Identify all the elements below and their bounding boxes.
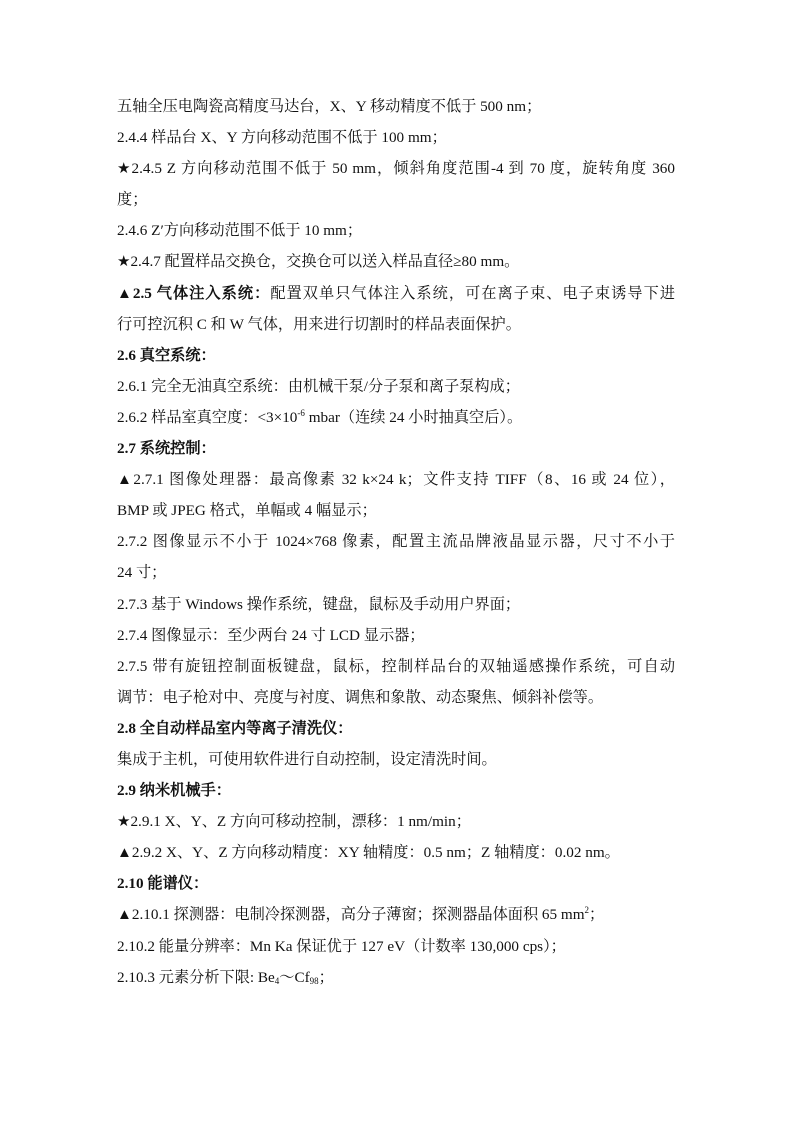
line-text: 2.6.1 完全无油真空系统：由机械干泵/分子泵和离子泵构成； <box>117 378 520 395</box>
line-text: 2.10.3 元素分析下限: Be <box>117 969 275 986</box>
line-text: 2.9.1 X、Y、Z 方向可移动控制，漂移：1 nm/min； <box>130 813 470 830</box>
line-text: 2.6.2 样品室真空度：<3×10 <box>117 409 297 426</box>
spec-line-2-4-5: ★2.4.5 Z 方向移动范围不低于 50 mm，倾斜角度范围-4 到 70 度… <box>117 153 675 184</box>
line-text: ～Cf <box>279 969 309 986</box>
spec-line-2-4-7: ★2.4.7 配置样品交换仓，交换仓可以送入样品直径≥80 mm。 <box>117 246 675 277</box>
subscript: 98 <box>310 976 319 986</box>
heading-text: 2.9 纳米机械手： <box>117 782 231 799</box>
spec-line-2-8-body: 集成于主机，可使用软件进行自动控制，设定清洗时间。 <box>117 744 675 775</box>
spec-line-2-10-3: 2.10.3 元素分析下限: Be4～Cf98； <box>117 962 675 993</box>
spec-line-2-10-2: 2.10.2 能量分辨率：Mn Ka 保证优于 127 eV（计数率 130,0… <box>117 931 675 962</box>
section-heading-nanomanipulator: 2.9 纳米机械手： <box>117 775 675 806</box>
line-text: 配置双单只气体注入系统，可在离子束、电子束诱导下进 <box>270 285 675 302</box>
heading-text: 2.8 全自动样品室内等离子清洗仪： <box>117 720 352 737</box>
line-text: 调节：电子枪对中、亮度与衬度、调焦和象散、动态聚焦、倾斜补偿等。 <box>117 689 603 706</box>
line-text: 五轴全压电陶瓷高精度马达台，X、Y 移动精度不低于 500 nm； <box>117 98 541 115</box>
heading-text: 2.6 真空系统： <box>117 347 216 364</box>
spec-line-2-4-4: 2.4.4 样品台 X、Y 方向移动范围不低于 100 mm； <box>117 122 675 153</box>
line-text: 2.10.1 探测器：电制冷探测器，高分子薄窗；探测器晶体面积 65 mm <box>132 906 585 923</box>
triangle-mark-icon: ▲ <box>117 472 133 488</box>
spec-line-2-6-1: 2.6.1 完全无油真空系统：由机械干泵/分子泵和离子泵构成； <box>117 371 675 402</box>
line-text: 2.4.4 样品台 X、Y 方向移动范围不低于 100 mm； <box>117 129 447 146</box>
section-heading-gas-injection: 2.5 气体注入系统： <box>133 285 270 302</box>
spec-line-2-10-1: ▲2.10.1 探测器：电制冷探测器，高分子薄窗；探测器晶体面积 65 mm2； <box>117 899 675 930</box>
line-text: mbar（连续 24 小时抽真空后）。 <box>305 409 522 426</box>
line-text: 2.7.4 图像显示：至少两台 24 寸 LCD 显示器； <box>117 627 425 644</box>
spec-line-stage-precision: 五轴全压电陶瓷高精度马达台，X、Y 移动精度不低于 500 nm； <box>117 91 675 122</box>
line-text: 2.7.1 图像处理器：最高像素 32 k×24 k；文件支持 TIFF（8、1… <box>133 471 675 488</box>
triangle-mark-icon: ▲ <box>117 907 132 923</box>
spec-line-2-5-cont: 行可控沉积 C 和 W 气体，用来进行切割时的样品表面保护。 <box>117 309 675 340</box>
line-text: 2.4.5 Z 方向移动范围不低于 50 mm，倾斜角度范围-4 到 70 度，… <box>132 160 675 177</box>
spec-line-2-9-2: ▲2.9.2 X、Y、Z 方向移动精度：XY 轴精度：0.5 nm；Z 轴精度：… <box>117 837 675 868</box>
line-text: 24 寸； <box>117 564 166 581</box>
line-text: ； <box>589 906 604 923</box>
heading-text: 2.10 能谱仪： <box>117 875 208 892</box>
line-text: 集成于主机，可使用软件进行自动控制，设定清洗时间。 <box>117 751 497 768</box>
spec-line-2-7-2-cont: 24 寸； <box>117 557 675 588</box>
spec-line-2-4-5-cont: 度； <box>117 184 675 215</box>
spec-line-2-5: ▲2.5 气体注入系统：配置双单只气体注入系统，可在离子束、电子束诱导下进 <box>117 278 675 309</box>
line-text: 行可控沉积 C 和 W 气体，用来进行切割时的样品表面保护。 <box>117 316 521 333</box>
line-text: 2.7.5 带有旋钮控制面板键盘，鼠标，控制样品台的双轴遥感操作系统，可自动 <box>117 658 675 675</box>
heading-text: 2.7 系统控制： <box>117 440 216 457</box>
section-heading-eds: 2.10 能谱仪： <box>117 868 675 899</box>
spec-line-2-7-3: 2.7.3 基于 Windows 操作系统，键盘，鼠标及手动用户界面； <box>117 589 675 620</box>
star-mark-icon: ★ <box>117 161 132 177</box>
line-text: ； <box>319 969 334 986</box>
spec-line-2-7-4: 2.7.4 图像显示：至少两台 24 寸 LCD 显示器； <box>117 620 675 651</box>
section-heading-system-control: 2.7 系统控制： <box>117 433 675 464</box>
star-mark-icon: ★ <box>117 254 130 270</box>
line-text: 2.9.2 X、Y、Z 方向移动精度：XY 轴精度：0.5 nm；Z 轴精度：0… <box>132 844 620 861</box>
triangle-mark-icon: ▲ <box>117 845 132 861</box>
section-heading-plasma-cleaner: 2.8 全自动样品室内等离子清洗仪： <box>117 713 675 744</box>
document-page: 五轴全压电陶瓷高精度马达台，X、Y 移动精度不低于 500 nm； 2.4.4 … <box>117 91 675 993</box>
superscript: -6 <box>297 408 305 418</box>
spec-line-2-7-1: ▲2.7.1 图像处理器：最高像素 32 k×24 k；文件支持 TIFF（8、… <box>117 464 675 495</box>
line-text: 2.4.6 Z′方向移动范围不低于 10 mm； <box>117 222 362 239</box>
spec-line-2-7-5: 2.7.5 带有旋钮控制面板键盘，鼠标，控制样品台的双轴遥感操作系统，可自动 <box>117 651 675 682</box>
spec-line-2-7-5-cont: 调节：电子枪对中、亮度与衬度、调焦和象散、动态聚焦、倾斜补偿等。 <box>117 682 675 713</box>
spec-line-2-7-2: 2.7.2 图像显示不小于 1024×768 像素，配置主流品牌液晶显示器，尺寸… <box>117 526 675 557</box>
line-text: 度； <box>117 191 147 208</box>
line-text: 2.4.7 配置样品交换仓，交换仓可以送入样品直径≥80 mm。 <box>130 253 519 270</box>
triangle-mark-icon: ▲ <box>117 286 133 302</box>
spec-line-2-7-1-cont: BMP 或 JPEG 格式，单幅或 4 幅显示； <box>117 495 675 526</box>
line-text: 2.10.2 能量分辨率：Mn Ka 保证优于 127 eV（计数率 130,0… <box>117 938 566 955</box>
line-text: 2.7.2 图像显示不小于 1024×768 像素，配置主流品牌液晶显示器，尺寸… <box>117 533 675 550</box>
spec-line-2-9-1: ★2.9.1 X、Y、Z 方向可移动控制，漂移：1 nm/min； <box>117 806 675 837</box>
spec-line-2-6-2: 2.6.2 样品室真空度：<3×10-6 mbar（连续 24 小时抽真空后）。 <box>117 402 675 433</box>
star-mark-icon: ★ <box>117 814 130 830</box>
spec-line-2-4-6: 2.4.6 Z′方向移动范围不低于 10 mm； <box>117 215 675 246</box>
section-heading-vacuum: 2.6 真空系统： <box>117 340 675 371</box>
line-text: BMP 或 JPEG 格式，单幅或 4 幅显示； <box>117 502 377 519</box>
line-text: 2.7.3 基于 Windows 操作系统，键盘，鼠标及手动用户界面； <box>117 596 520 613</box>
